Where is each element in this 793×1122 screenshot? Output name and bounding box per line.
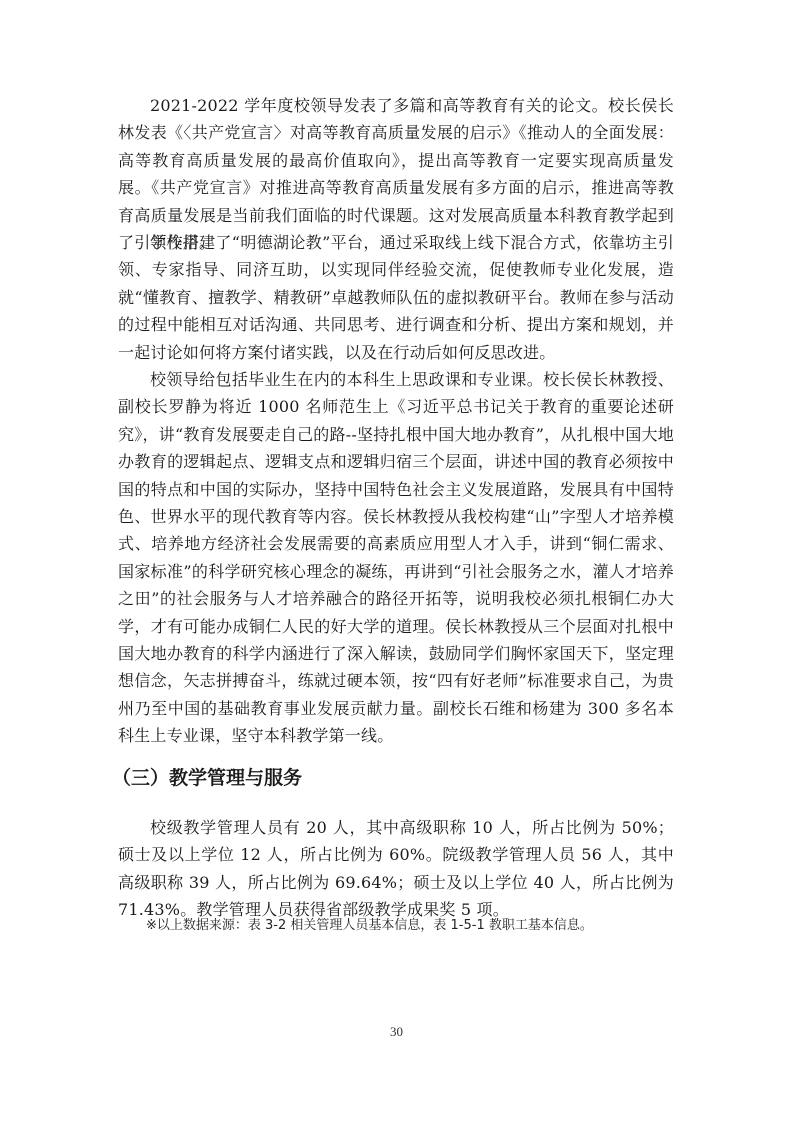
paragraph-leadership-courses: 校领导给包括毕业生在内的本科生上思政课和专业课。校长侯长林教授、副校长罗静为将近…	[118, 366, 674, 750]
data-source-note: ※以上数据来源：表 3-2 相关管理人员基本信息，表 1-5-1 教职工基本信息…	[146, 916, 593, 936]
document-page: 2021-2022 学年度校领导发表了多篇和高等教育有关的论文。校长侯长林发表《…	[0, 0, 793, 1122]
paragraph-teaching-platform: 学校搭建了“明德湖论教”平台，通过采取线上线下混合方式，依靠坊主引领、专家指导、…	[118, 229, 674, 366]
paragraph-management-staff: 校级教学管理人员有 20 人，其中高级职称 10 人，所占比例为 50%；硕士及…	[118, 814, 674, 924]
paragraph-text: 校领导给包括毕业生在内的本科生上思政课和专业课。校长侯长林教授、副校长罗静为将近…	[118, 366, 674, 750]
paragraph-text: 校级教学管理人员有 20 人，其中高级职称 10 人，所占比例为 50%；硕士及…	[118, 814, 674, 924]
page-number: 30	[0, 1024, 793, 1040]
section-heading: （三）教学管理与服务	[112, 764, 302, 792]
paragraph-text: 学校搭建了“明德湖论教”平台，通过采取线上线下混合方式，依靠坊主引领、专家指导、…	[118, 229, 674, 366]
